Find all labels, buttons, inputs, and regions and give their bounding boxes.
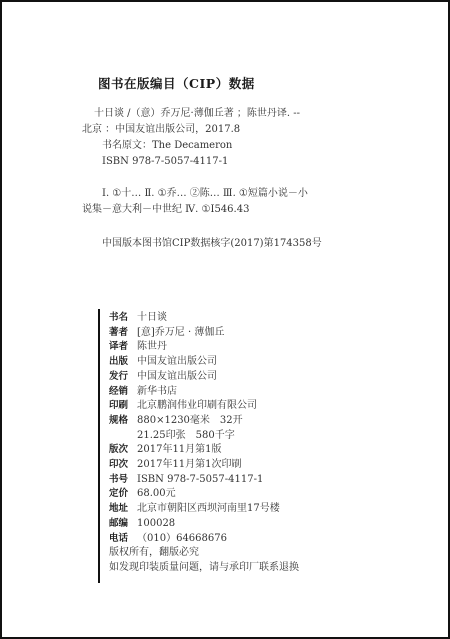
cip-record: 十日谈 /（意）乔万尼·薄伽丘著 ；陈世丹译. -- 北京 ：中国友谊出版公司，… [82, 106, 382, 218]
row-label: 定价 [109, 487, 137, 502]
row-label: 版次 [109, 443, 137, 458]
row-value: 100028 [137, 517, 175, 532]
colophon-row-isbn: 书号 ISBN 978-7-5057-4117-1 [109, 473, 299, 488]
copyright-page: 图书在版编目（CIP）数据 十日谈 /（意）乔万尼·薄伽丘著 ；陈世丹译. --… [0, 0, 450, 639]
cip-title-statement: 十日谈 /（意）乔万尼·薄伽丘著 ；陈世丹译. -- [82, 106, 382, 122]
row-label: 印次 [109, 458, 137, 473]
row-label: 地址 [109, 502, 137, 517]
row-label: 邮编 [109, 517, 137, 532]
colophon-row-address: 地址 北京市朝阳区西坝河南里17号楼 [109, 502, 299, 517]
cip-original-title: 书名原文：The Decameron [82, 138, 382, 154]
quality-notice: 如发现印装质量问题，请与承印厂联系退换 [109, 561, 299, 576]
cip-isbn: ISBN 978-7-5057-4117-1 [82, 154, 382, 170]
cip-title: 图书在版编目（CIP）数据 [98, 74, 255, 92]
row-value: 北京市朝阳区西坝河南里17号楼 [137, 502, 280, 517]
row-label: 著者 [109, 326, 137, 341]
notice-text: 如发现印装质量问题，请与承印厂联系退换 [109, 561, 299, 576]
row-label: 书名 [109, 311, 137, 326]
row-value: 880×1230毫米 32开 [137, 414, 243, 429]
colophon: 书名 十日谈 著者 [意]乔万尼 · 薄伽丘 译者 陈世丹 出版 中国友谊出版公… [98, 309, 299, 583]
row-label: 电话 [109, 532, 137, 547]
colophon-row-seller: 经销 新华书店 [109, 385, 299, 400]
row-value: 中国友谊出版公司 [137, 370, 217, 385]
row-value: 新华书店 [137, 385, 177, 400]
colophon-row-author: 著者 [意]乔万尼 · 薄伽丘 [109, 326, 299, 341]
colophon-row-translator: 译者 陈世丹 [109, 340, 299, 355]
colophon-row-format: 规格 880×1230毫米 32开 [109, 414, 299, 429]
notice-text: 版权所有，翻版必究 [109, 546, 199, 561]
colophon-row-sheets: 21.25印张 580千字 [109, 429, 299, 444]
cip-classification-line-2: 说集－意大利－中世纪 Ⅳ. ①I546.43 [82, 202, 382, 218]
colophon-row-printing: 印次 2017年11月第1次印刷 [109, 458, 299, 473]
cip-approval-number: 中国版本图书馆CIP数据核字(2017)第174358号 [102, 234, 322, 249]
colophon-row-printer: 印刷 北京鹏润伟业印刷有限公司 [109, 399, 299, 414]
colophon-row-edition: 版次 2017年11月第1版 [109, 443, 299, 458]
row-label: 出版 [109, 355, 137, 370]
row-value: [意]乔万尼 · 薄伽丘 [137, 326, 224, 341]
row-value: 2017年11月第1次印刷 [137, 458, 242, 473]
colophon-row-phone: 电话 （010）64668676 [109, 532, 299, 547]
row-value: 68.00元 [137, 487, 176, 502]
cip-classification-line-1: Ⅰ. ①十… Ⅱ. ①乔… ②陈… Ⅲ. ①短篇小说－小 [82, 186, 382, 202]
colophon-row-title: 书名 十日谈 [109, 311, 299, 326]
row-value: 21.25印张 580千字 [137, 429, 235, 444]
row-value: 十日谈 [137, 311, 167, 326]
colophon-row-postcode: 邮编 100028 [109, 517, 299, 532]
row-value: 中国友谊出版公司 [137, 355, 217, 370]
row-label: 译者 [109, 340, 137, 355]
colophon-row-publisher: 出版 中国友谊出版公司 [109, 355, 299, 370]
cip-publication: 北京 ：中国友谊出版公司，2017.8 [82, 122, 382, 138]
row-value: ISBN 978-7-5057-4117-1 [137, 473, 263, 488]
row-value: 北京鹏润伟业印刷有限公司 [137, 399, 257, 414]
row-value: 2017年11月第1版 [137, 443, 222, 458]
row-label: 印刷 [109, 399, 137, 414]
row-label: 经销 [109, 385, 137, 400]
row-label: 发行 [109, 370, 137, 385]
spacer [82, 170, 382, 186]
row-label: 书号 [109, 473, 137, 488]
row-value: 陈世丹 [137, 340, 167, 355]
row-value: （010）64668676 [137, 532, 227, 547]
colophon-row-price: 定价 68.00元 [109, 487, 299, 502]
row-label: 规格 [109, 414, 137, 429]
colophon-row-distributor: 发行 中国友谊出版公司 [109, 370, 299, 385]
copyright-notice: 版权所有，翻版必究 [109, 546, 299, 561]
